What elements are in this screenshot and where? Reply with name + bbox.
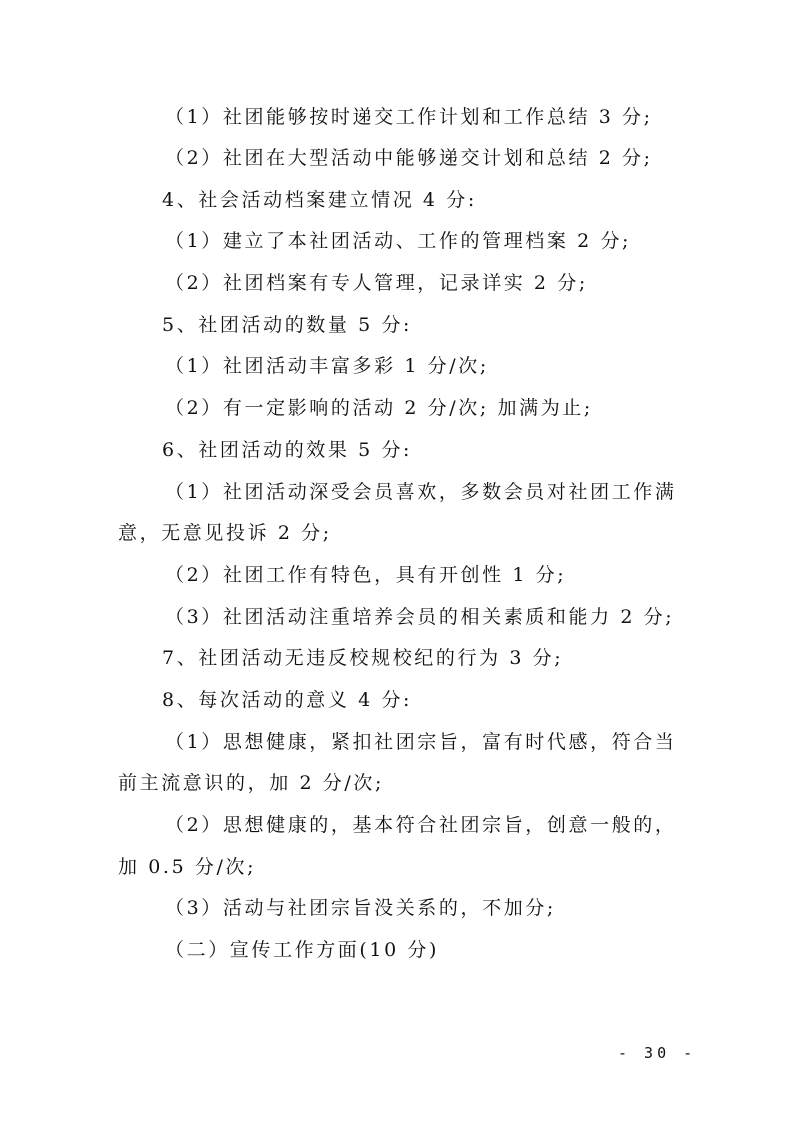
text-line-8: （2）有一定影响的活动 2 分/次; 加满为止; xyxy=(165,396,593,420)
section-heading-6: 6、社团活动的效果 5 分: xyxy=(162,438,412,462)
text-line-11: 意，无意见投诉 2 分; xyxy=(118,521,332,545)
text-line-19: 加 0.5 分/次; xyxy=(118,855,256,879)
text-line-20: （3）活动与社团宗旨没关系的，不加分; xyxy=(165,896,556,920)
text-line-16: （1）思想健康，紧扣社团宗旨，富有时代感，符合当 xyxy=(165,730,677,754)
subsection-heading-publicity: （二）宣传工作方面(10 分) xyxy=(165,938,439,962)
text-line-13: （3）社团活动注重培养会员的相关素质和能力 2 分; xyxy=(165,605,674,629)
section-heading-4: 4、社会活动档案建立情况 4 分: xyxy=(162,188,477,212)
document-page: （1）社团能够按时递交工作计划和工作总结 3 分; （2）社团在大型活动中能够递… xyxy=(0,0,793,1122)
page-number: - 30 - xyxy=(618,1044,696,1062)
text-line-4: （1）建立了本社团活动、工作的管理档案 2 分; xyxy=(165,229,631,253)
text-line-5: （2）社团档案有专人管理，记录详实 2 分; xyxy=(165,271,588,295)
section-heading-8: 8、每次活动的意义 4 分: xyxy=(162,688,412,712)
text-line-17: 前主流意识的，加 2 分/次; xyxy=(118,771,384,795)
section-heading-7: 7、社团活动无违反校规校纪的行为 3 分; xyxy=(162,646,563,670)
text-line-1: （1）社团能够按时递交工作计划和工作总结 3 分; xyxy=(165,105,653,129)
text-line-18: （2）思想健康的，基本符合社团宗旨，创意一般的， xyxy=(165,813,677,837)
text-line-10: （1）社团活动深受会员喜欢，多数会员对社团工作满 xyxy=(165,480,677,504)
text-line-2: （2）社团在大型活动中能够递交计划和总结 2 分; xyxy=(165,146,653,170)
text-line-12: （2）社团工作有特色，具有开创性 1 分; xyxy=(165,563,566,587)
section-heading-5: 5、社团活动的数量 5 分: xyxy=(162,313,412,337)
text-line-7: （1）社团活动丰富多彩 1 分/次; xyxy=(165,354,489,378)
